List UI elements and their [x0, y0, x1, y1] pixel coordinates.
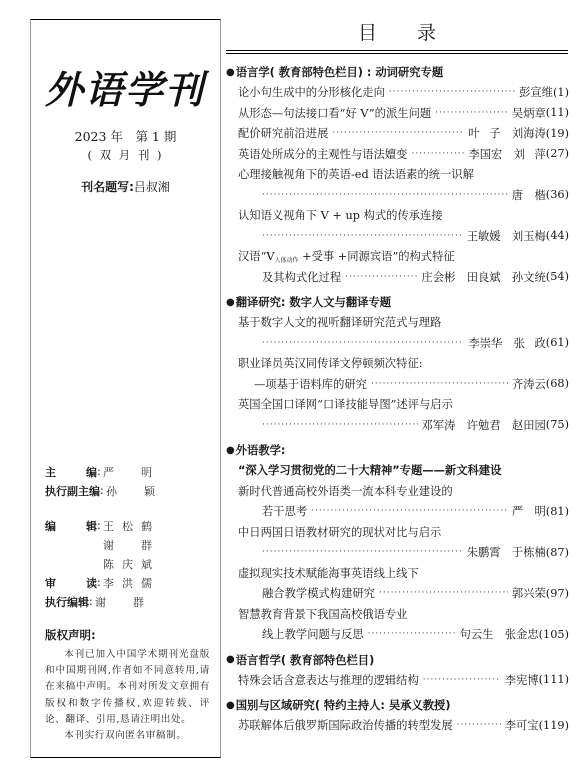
- calligraphy-label: 刊名题写:: [81, 180, 134, 194]
- toc-entry[interactable]: 虚拟现实技术赋能海事英语线上线下 融合教学模式构建研究郭兴荣(97): [226, 563, 569, 604]
- staff-row-editors: 编辑:王松鹤: [45, 516, 215, 535]
- toc-entry[interactable]: 英语处所成分的主观性与语法嬗变李国宏 刘 萍(27): [226, 144, 569, 165]
- toc-entry[interactable]: 新时代普通高校外语类一流本科专业建设的 若干思考严 明(81): [226, 481, 569, 522]
- staff-name: 严 明: [103, 464, 160, 480]
- bullet-icon: ●: [226, 445, 235, 456]
- section-heading: ●语言哲学( 教育部特色栏目): [226, 650, 569, 670]
- bullet-icon: ●: [226, 700, 235, 711]
- table-of-contents: ●语言学( 教育部特色栏目) : 动词研究专题 论小句生成中的分形核化走向彭宣维…: [226, 62, 569, 736]
- toc-entry[interactable]: 中日两国日语教材研究的现状对比与启示 朱鹏霄 于栋楠(87): [226, 522, 569, 563]
- review-policy: 本刊实行双向匿名审稿制。: [45, 728, 210, 744]
- toc-entry[interactable]: 从形态—句法接口看“好 V”的派生问题吴炳章(11): [226, 103, 569, 124]
- section-subheading: “深入学习贯彻党的二十大精神”专题——新文科建设: [226, 460, 569, 481]
- staff-name: 陈庆斌: [103, 556, 160, 572]
- section-heading: ●翻译研究: 数字人文与翻译专题: [226, 292, 569, 312]
- toc-entry[interactable]: 特殊会话含意表达与推理的逻辑结构李宪博(111): [226, 670, 569, 691]
- toc-entry[interactable]: 配价研究前沿进展叶 子 刘海涛(19): [226, 123, 569, 144]
- staff-name: 谢 群: [103, 537, 160, 553]
- masthead-panel: 外语学刊 2023 年 第 1 期 ( 双 月 刊 ) 刊名题写:吕叔湘 主编:…: [30, 19, 221, 758]
- title-divider: [226, 50, 568, 54]
- title-calligraphy-credit: 刊名题写:吕叔湘: [31, 178, 220, 195]
- toc-entry[interactable]: 认知语义视角下 V + up 构式的传承连接 王敏媛 刘玉梅(44): [226, 205, 569, 246]
- toc-entry[interactable]: 心理接触视角下的英语-ed 语法语素的统一识解 唐 楷(36): [226, 164, 569, 205]
- toc-entry[interactable]: 基于数字人文的视听翻译研究范式与理路 李崇华 张 政(61): [226, 312, 569, 353]
- toc-entry[interactable]: 苏联解体后俄罗斯国际政治传播的转型发展李可宝(119): [226, 715, 569, 736]
- staff-name: 李洪儒: [103, 575, 160, 591]
- editorial-staff: 主编:严 明 执行副主编:孙 颖 编辑:王松鹤 谢 群 陈庆斌 审读:李洪儒 执…: [45, 462, 215, 611]
- bullet-icon: ●: [226, 297, 235, 308]
- toc-title: 目录: [226, 18, 568, 45]
- toc-entry[interactable]: 智慧教育背景下我国高校俄语专业 线上教学问题与反思句云生 张金忠(105): [226, 604, 569, 645]
- staff-name: 孙 颖: [106, 483, 163, 499]
- toc-entry[interactable]: 论小句生成中的分形核化走向彭宣维(1): [226, 82, 569, 103]
- section-heading: ●语言学( 教育部特色栏目) : 动词研究专题: [226, 62, 569, 82]
- section-heading: ●外语教学:: [226, 440, 569, 460]
- staff-row-exec-deputy-editor: 执行副主编:孙 颖: [45, 481, 215, 500]
- staff-name: 王松鹤: [103, 518, 160, 534]
- bullet-icon: ●: [226, 67, 235, 78]
- copyright-notice: 版权声明: 本刊已加入中国学术期刊光盘版和中国期刊网,作者如不同意转用,请在来稿…: [45, 627, 210, 744]
- calligraphy-name: 吕叔湘: [134, 180, 170, 194]
- toc-entry[interactable]: 职业译员英汉同传译文停顿频次特征: —项基于语料库的研究齐涛云(68): [226, 353, 569, 394]
- bullet-icon: ●: [226, 654, 235, 665]
- toc-entry[interactable]: 英国全国口译网“口译技能导图”述评与启示 邓军涛 许勉君 赵田园(75): [226, 394, 569, 435]
- copyright-paragraph: 本刊已加入中国学术期刊光盘版和中国期刊网,作者如不同意转用,请在来稿中声明。本刊…: [45, 647, 210, 728]
- toc-entry[interactable]: 汉语“V人体动作 +受事 +同源宾语”的构式特征 及其构式化过程庄会彬 田良斌 …: [226, 246, 569, 287]
- journal-logo: 外语学刊: [45, 60, 205, 112]
- copyright-title: 版权声明:: [45, 627, 210, 643]
- staff-row-chief-editor: 主编:严 明: [45, 462, 215, 481]
- frequency-info: ( 双 月 刊 ): [31, 147, 220, 163]
- issue-info: 2023 年 第 1 期: [31, 127, 220, 145]
- staff-row-reviewer: 审读:李洪儒: [45, 573, 215, 592]
- staff-name: 谢 群: [95, 594, 152, 610]
- staff-row-exec-editor: 执行编辑:谢 群: [45, 592, 215, 611]
- section-heading: ●国别与区域研究( 特约主持人: 吴承义教授): [226, 695, 569, 715]
